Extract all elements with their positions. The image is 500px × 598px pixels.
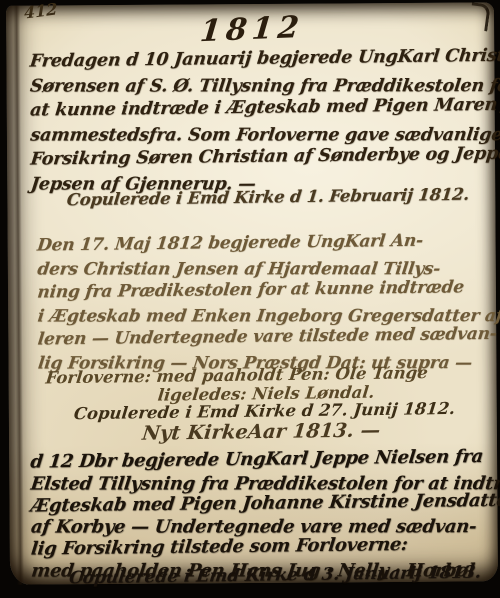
folio-number: 412 (24, 0, 58, 23)
manuscript-line: ning fra Prædikestolen for at kunne indt… (36, 275, 500, 305)
manuscript-line: d 12 Dbr begjerede UngKarl Jeppe Nielsen… (29, 445, 500, 473)
manuscript-scan: 412 1812 Fredagen d 10 Januarij begjered… (0, 0, 500, 598)
copulation-line-1: Copulerede i Emd Kirke d 1. Februarij 18… (65, 183, 470, 213)
corner-ink-mark (468, 2, 490, 31)
new-church-year-heading: Nyt KirkeAar 1813. — (141, 418, 381, 444)
manuscript-line: Fredagen d 10 Januarij begjerede UngKarl… (28, 43, 500, 75)
marriage-entry-1: Fredagen d 10 Januarij begjerede UngKarl… (28, 46, 500, 197)
manuscript-line: leren — Undertegnede vare tilstede med s… (36, 322, 500, 352)
marriage-entry-3: d 12 Dbr begjerede UngKarl Jeppe Nielsen… (29, 448, 500, 582)
page-surface: 412 1812 Fredagen d 10 Januarij begjered… (6, 2, 498, 584)
marriage-entry-2: Den 17. Maj 1812 begjerede UngKarl An- d… (36, 231, 500, 376)
binding-crease (13, 6, 24, 585)
manuscript-line: Den 17. Maj 1812 begjerede UngKarl An- (36, 228, 500, 258)
year-heading: 1812 (198, 10, 305, 50)
